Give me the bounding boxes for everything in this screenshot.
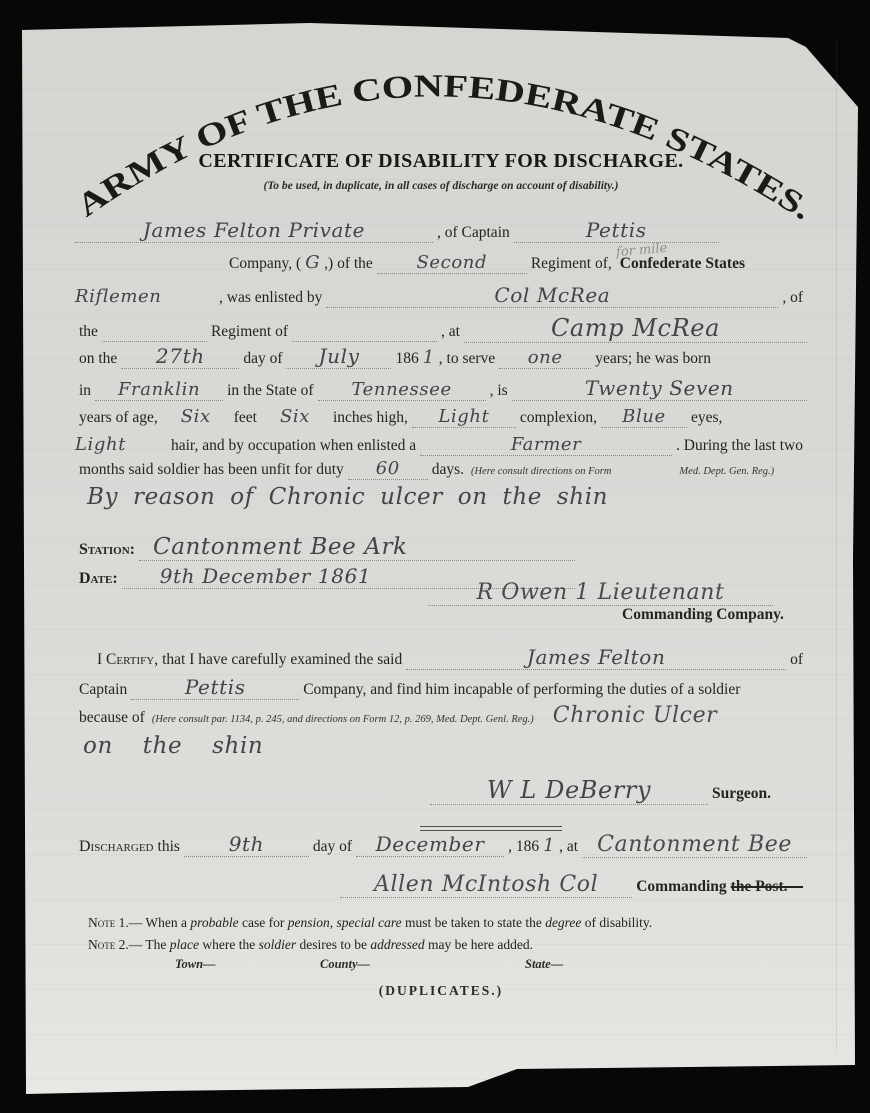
captain-field: Pettis	[514, 218, 719, 243]
blank-field	[292, 323, 437, 342]
regiment-number-handwriting: Second	[417, 252, 488, 273]
town-label: Town—	[175, 957, 216, 972]
form-line-name: James Felton Private , of Captain Pettis	[75, 218, 807, 243]
discharged-this-label: this	[158, 838, 180, 856]
month-handwriting: July	[318, 344, 359, 368]
complexion-field: Light	[412, 406, 516, 428]
enlisting-officer-field: Col McRea	[326, 283, 778, 308]
station-label: Station:	[79, 541, 135, 559]
complexion-handwriting: Light	[438, 406, 489, 427]
form-line-date: on the 27th day of July 186 1 , to serve…	[75, 344, 807, 369]
birth-state-handwriting: Tennessee	[351, 379, 451, 400]
form-subtitle: (To be used, in duplicate, in all cases …	[75, 180, 807, 192]
state-label: State—	[525, 957, 563, 972]
scanned-document-page: ARMY OF THE CONFEDERATE STATES. CERTIFIC…	[0, 0, 870, 1113]
unfit-label: months said soldier has been unfit for d…	[79, 461, 344, 479]
unit-type-field: Riflemen	[75, 286, 215, 307]
years-born-label: years; he was born	[595, 350, 711, 368]
certify-captain-handwriting: Pettis	[185, 675, 246, 699]
age-field: Twenty Seven	[512, 376, 807, 401]
blank-field	[102, 323, 207, 342]
discharge-place-handwriting: Cantonment Bee	[597, 832, 792, 857]
commanding-struck-label: the Post.—	[731, 878, 803, 896]
certify-captain-field: Pettis	[131, 675, 299, 700]
enlisted-by-label: , was enlisted by	[219, 289, 322, 307]
to-serve-label: , to serve	[439, 350, 495, 368]
form-line-birth: in Franklin in the State of Tennessee , …	[75, 376, 807, 401]
name-field: James Felton Private	[75, 218, 433, 243]
date-handwriting: 9th December 1861	[160, 564, 372, 588]
arc-title: ARMY OF THE CONFEDERATE STATES.	[70, 67, 819, 226]
certify-captain-label: Captain	[79, 681, 127, 699]
regiment-of2-label: Regiment of	[211, 323, 288, 341]
commander-signature-field: Allen McIntosh Col	[340, 872, 632, 898]
surgeon-signature-field: W L DeBerry	[430, 776, 708, 805]
discharge-day-handwriting: 9th	[229, 832, 264, 856]
surgeon-signature-handwriting: W L DeBerry	[487, 776, 651, 804]
officer-signature-handwriting: R Owen 1 Lieutenant	[477, 580, 725, 605]
unfit-days-field: 60	[348, 458, 428, 480]
birthplace-field: Franklin	[95, 379, 223, 401]
discharge-day-field: 9th	[184, 832, 309, 857]
inches-handwriting: Six	[280, 406, 310, 427]
enlistment-place-field: Camp McRea	[464, 314, 807, 343]
during-label: . During the last two	[676, 437, 803, 455]
certify-rest-label: that I have carefully examined the said	[162, 651, 402, 669]
birth-state-field: Tennessee	[318, 379, 486, 401]
captain-name-handwriting: Pettis	[586, 218, 647, 242]
form-line-description: years of age, Six feet Six inches high, …	[75, 406, 807, 428]
form-line-occupation: Light hair, and by occupation when enlis…	[75, 434, 807, 456]
certify-line-2: Captain Pettis Company, and find him inc…	[75, 675, 807, 700]
confederate-states-label: Confederate States	[620, 255, 745, 273]
form-line-unfit: months said soldier has been unfit for d…	[75, 458, 807, 480]
cause2-handwriting: on the shin	[83, 733, 263, 759]
form-line-enlisted: Riflemen , was enlisted by Col McRea , o…	[75, 283, 807, 308]
discharged-caps-label: Discharged	[79, 838, 154, 856]
eyes-handwriting: Blue	[622, 406, 666, 427]
unit-type-handwriting: Riflemen	[75, 286, 162, 307]
feet-label: feet	[234, 409, 257, 427]
certify-consult-note: (Here consult par. 1134, p. 245, and dir…	[152, 714, 534, 725]
enlistment-place-handwriting: Camp McRea	[551, 314, 720, 342]
occupation-handwriting: Farmer	[511, 434, 582, 455]
day-of-label: day of	[243, 350, 282, 368]
years-of-age-label: years of age,	[79, 409, 158, 427]
consult-note-2: Med. Dept. Gen. Reg.)	[679, 466, 774, 477]
discharge-month-handwriting: December	[376, 832, 485, 856]
consult-note-1: (Here consult directions on Form	[471, 466, 611, 477]
reason-line: By reason of Chronic ulcer on the shin	[75, 484, 807, 510]
commander-signature-line: Allen McIntosh Col Commanding the Post.—	[340, 872, 807, 898]
duplicates-label: (DUPLICATES.)	[75, 983, 807, 999]
station-field: Cantonment Bee Ark	[139, 534, 575, 561]
note-2: Note 2.— The place where the soldier des…	[88, 937, 533, 953]
year-digit-handwriting: 1	[423, 347, 435, 368]
certify-line-1: I Certify, that I have carefully examine…	[75, 645, 807, 670]
soldier-name-handwriting: James Felton Private	[143, 218, 365, 242]
discharge-year-prefix-label: , 186	[508, 838, 539, 856]
regiment-number-field: Second	[377, 252, 527, 274]
surgeon-signature-line: W L DeBerry Surgeon.	[430, 776, 775, 805]
discharge-month-field: December	[356, 832, 504, 857]
hair-label: hair, and by occupation when enlisted a	[171, 437, 416, 455]
the-label: the	[79, 323, 98, 341]
at-label: , at	[441, 323, 460, 341]
note-1-text: When a probable case for pension, specia…	[145, 915, 652, 930]
certify-line-3: because of (Here consult par. 1134, p. 2…	[75, 703, 807, 728]
because-of-label: because of	[79, 709, 145, 727]
unfit-days-handwriting: 60	[376, 458, 400, 479]
inches-field: Six	[261, 406, 329, 427]
discharge-place-field: Cantonment Bee	[582, 832, 807, 858]
certify-company-label: Company, and find him incapable of perfo…	[303, 681, 740, 699]
note-1: Note 1.— When a probable case for pensio…	[88, 915, 652, 931]
hair-field: Light	[75, 434, 167, 455]
month-field: July	[286, 344, 391, 369]
discharged-line: Discharged this 9th day of December , 18…	[75, 832, 807, 858]
officer-title-label: Commanding Company.	[622, 606, 784, 624]
company-post-label: ,) of the	[324, 255, 373, 273]
station-handwriting: Cantonment Bee Ark	[153, 534, 408, 560]
certify-line-4: on the shin	[75, 733, 807, 759]
birthplace-handwriting: Franklin	[118, 379, 200, 400]
officer-signature-line: R Owen 1 Lieutenant	[428, 580, 773, 606]
station-line: Station: Cantonment Bee Ark	[75, 534, 575, 561]
discharge-day-of-label: day of	[313, 838, 352, 856]
hair-handwriting: Light	[75, 434, 126, 455]
form-title: CERTIFICATE OF DISABILITY FOR DISCHARGE.	[75, 150, 807, 173]
officer-signature-field: R Owen 1 Lieutenant	[428, 580, 773, 606]
is-label: , is	[490, 382, 508, 400]
day-handwriting: 27th	[156, 344, 205, 368]
note-1-label: Note 1.—	[88, 915, 142, 930]
commander-signature-handwriting: Allen McIntosh Col	[374, 872, 598, 897]
company-pre-label: Company, (	[229, 255, 301, 273]
complexion-label: complexion,	[520, 409, 597, 427]
certify-name-field: James Felton	[406, 645, 786, 670]
term-handwriting: one	[528, 347, 563, 368]
age-handwriting: Twenty Seven	[585, 376, 734, 400]
double-rule	[420, 826, 562, 831]
state-of-label: in the State of	[227, 382, 314, 400]
note-2-label: Note 2.—	[88, 937, 142, 952]
of-suffix-label: , of	[782, 289, 803, 307]
day-field: 27th	[121, 344, 239, 369]
county-label: County—	[320, 957, 370, 972]
certify-caps-label: I Certify,	[97, 651, 158, 669]
surgeon-label: Surgeon.	[712, 785, 771, 803]
form-line-company: Company, ( G ,) of the Second Regiment o…	[75, 252, 870, 274]
enlisting-officer-handwriting: Col McRea	[494, 283, 610, 307]
cause-handwriting: Chronic Ulcer	[553, 703, 718, 728]
of-captain-label: , of Captain	[437, 224, 510, 242]
days-label: days.	[432, 461, 464, 479]
inches-label: inches high,	[333, 409, 408, 427]
eyes-field: Blue	[601, 406, 687, 428]
feet-field: Six	[162, 406, 230, 427]
on-the-label: on the	[79, 350, 117, 368]
company-letter-handwriting: G	[305, 252, 320, 273]
discharge-at-label: , at	[559, 838, 578, 856]
commanding-label: Commanding	[636, 878, 726, 896]
year-prefix-label: 186	[395, 350, 418, 368]
occupation-field: Farmer	[420, 434, 672, 456]
regiment-of-label: Regiment of,	[531, 255, 612, 273]
in-label: in	[79, 382, 91, 400]
eyes-label: eyes,	[691, 409, 722, 427]
feet-handwriting: Six	[181, 406, 211, 427]
note-2-text: The place where the soldier desires to b…	[145, 937, 533, 952]
discharge-year-digit-handwriting: 1	[543, 835, 555, 856]
term-field: one	[499, 347, 591, 369]
certify-of-label: of	[790, 651, 803, 669]
date-label: Date:	[79, 570, 118, 588]
certify-name-handwriting: James Felton	[527, 645, 666, 669]
arc-title-text: ARMY OF THE CONFEDERATE STATES.	[70, 67, 819, 226]
form-line-regiment: the Regiment of , at Camp McRea	[75, 314, 807, 343]
reason-handwriting: By reason of Chronic ulcer on the shin	[87, 484, 608, 510]
